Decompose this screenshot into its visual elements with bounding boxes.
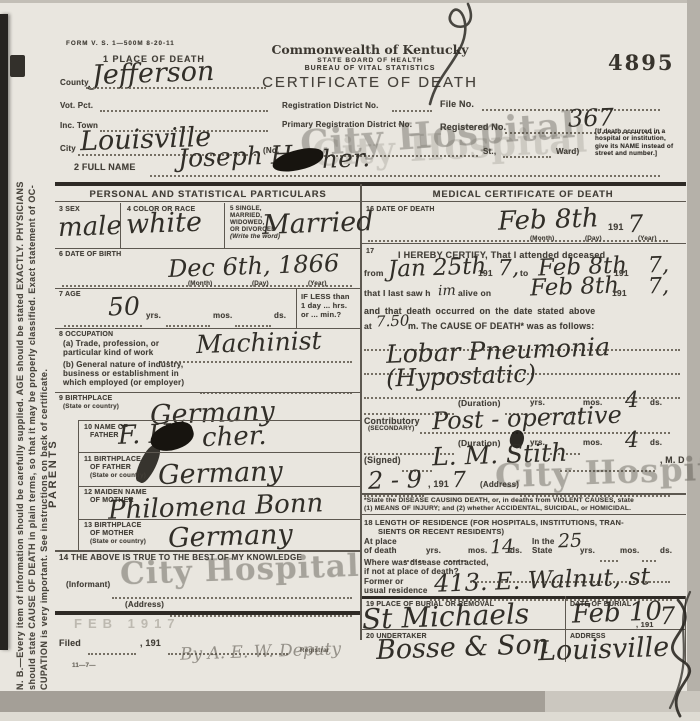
certify-year-printed-1: 191 <box>478 268 493 278</box>
form-code: FORM V. S. 1—500M 8-20-11 <box>66 40 175 48</box>
alive-year: 7, <box>648 274 670 300</box>
undertaker-value: Bosse & Son <box>376 629 550 666</box>
dob-year-label: (Year) <box>308 280 327 287</box>
residence-label-2: SIENTS OR RECENT RESIDENTS) <box>378 527 504 536</box>
mother-bp-sub: (State or country) <box>90 538 146 545</box>
father-bp-sub: (State or country) <box>90 472 146 479</box>
left-bottom-rule <box>55 611 360 615</box>
margin-instruction-line-3: CUPATION is very important. See instruct… <box>40 369 49 690</box>
occupation-b-line3: which employed (or employer) <box>63 378 184 388</box>
dod-day-label: (Day) <box>585 235 602 242</box>
in-state-label-2: State <box>532 546 553 556</box>
residence-mos: mos. <box>468 546 487 556</box>
informant-leader <box>112 588 352 599</box>
vot-pct-label: Vot. Pct. <box>60 101 93 111</box>
if-less-line2: 1 day ... hrs. <box>301 301 347 310</box>
hospital-note: [If death occurred in a hospital or inst… <box>595 128 687 158</box>
city-label: City <box>60 144 76 154</box>
age-ifless-divider <box>296 288 297 328</box>
alive-on-value: Feb 8th <box>530 272 620 301</box>
last-saw-him: im <box>438 283 456 300</box>
hospital-note-line4: street and number.] <box>595 150 657 157</box>
certify-number: 17 <box>366 248 374 256</box>
marital-value: Married <box>261 206 373 241</box>
scan-corner-mark <box>10 55 25 77</box>
marital-label-3: WIDOWED, <box>230 219 265 226</box>
occupation-row-underline <box>55 392 360 393</box>
duration1-ds: ds. <box>650 398 662 408</box>
last-saw-text-a: that I last saw h <box>364 288 431 298</box>
dob-row-underline <box>55 288 360 289</box>
date-of-death-label: 16 DATE OF DEATH <box>366 206 435 214</box>
occupation-a-line2: particular kind of work <box>63 348 153 358</box>
certify-from-label: from <box>364 268 384 278</box>
informant-label: (Informant) <box>66 580 110 590</box>
medical-section-title: MEDICAL CERTIFICATE OF DEATH <box>365 189 681 200</box>
mother-row-topline <box>78 486 360 487</box>
footnote-line-2: (1) MEANS OF INJURY; and (2) whether ACC… <box>364 505 631 513</box>
footnote-line-1: *State the DISEASE CAUSING DEATH, or, in… <box>364 497 634 505</box>
certify-to-label: to <box>520 268 528 278</box>
certify-from-value: Jan 25th <box>388 253 487 282</box>
state-mos: mos. <box>620 546 639 556</box>
secondary-label: (SECONDARY) <box>368 425 414 432</box>
mother-bp-value: Germany <box>167 519 293 554</box>
duration2-ds: ds. <box>650 438 662 448</box>
scan-edge-bottom <box>0 691 545 712</box>
sex-color-divider <box>120 203 121 248</box>
residence-yrs: yrs. <box>426 546 441 556</box>
certify-year-printed-3: 191 <box>612 288 627 298</box>
marital-label-2: MARRIED, <box>230 212 262 219</box>
sign-year-hw: 7 <box>452 468 467 493</box>
certify-from-year: 7, <box>498 256 520 282</box>
at-label: at <box>364 321 372 331</box>
registration-district-label: Registration District No. <box>282 101 379 111</box>
sex-value: male <box>57 211 122 243</box>
age-ds-label: ds. <box>274 311 286 321</box>
cause-lead-line: m. The CAUSE OF DEATH* was as follows: <box>408 321 594 332</box>
full-name-label: 2 FULL NAME <box>74 162 136 173</box>
age-label: 7 AGE <box>59 291 81 299</box>
scan-edge-left <box>0 14 8 650</box>
father-name-right: cher. <box>201 421 267 453</box>
mother-bp-topline <box>78 519 360 520</box>
footnote-underline <box>362 514 686 515</box>
filed-year-label: , 191 <box>140 638 161 649</box>
registrar-signature: By A. E. W. Deputy <box>180 639 342 665</box>
certificate-number: 4895 <box>608 50 674 75</box>
age-mos-label: mos. <box>213 311 232 321</box>
residence-leader-4 <box>642 551 656 562</box>
state-yrs-value: 25 <box>558 530 583 553</box>
residence-ds: ds. <box>510 546 522 556</box>
form-footnote-code: 11—7— <box>72 662 96 669</box>
vot-pct-leader <box>100 101 268 112</box>
scan-edge-bottom-strip <box>0 712 700 721</box>
filed-label: Filed <box>59 638 81 649</box>
if-less-block: IF LESS than 1 day ... hrs. or ... min.? <box>301 292 350 319</box>
scan-edge-top <box>0 0 700 3</box>
column-divider <box>360 184 362 640</box>
dod-year-label: (Year) <box>638 235 657 242</box>
received-stamp: FEB 1917 <box>74 616 181 631</box>
pen-scribble-top <box>400 0 520 110</box>
duration1-ds-value: 4 <box>625 388 640 413</box>
duration2-ds-value: 4 <box>625 428 640 453</box>
birthplace-sub-label: (State or country) <box>63 403 119 410</box>
state-yrs: yrs. <box>580 546 595 556</box>
dob-month-label: (Month) <box>188 280 212 287</box>
hospital-note-line2: hospital or institution, <box>595 135 666 142</box>
footnote-topline <box>362 493 686 495</box>
date-of-death-leader <box>368 231 668 242</box>
margin-instruction-line-1: N. B.—Every item of information should b… <box>16 181 25 690</box>
full-name-leader <box>150 166 660 177</box>
header-divider-rule <box>55 182 686 186</box>
last-saw-text-b: alive on <box>458 288 491 298</box>
dod-row-underline <box>362 243 686 244</box>
margin-instruction-line-2: should state CAUSE OF DEATH in plain ter… <box>28 185 37 690</box>
father-bp-topline <box>78 452 360 453</box>
sign-year-printed: , 191 <box>428 479 449 490</box>
color-value: white <box>125 207 202 241</box>
hospital-note-line3: give its NAME instead of <box>595 143 673 150</box>
former-label-2: usual residence <box>364 586 427 596</box>
hospital-note-line1: [If death occurred in a <box>595 128 665 135</box>
pen-flourish-bottom-right <box>620 590 700 721</box>
death-certificate-scan: N. B.—Every item of information should b… <box>0 0 700 721</box>
at-place-label-2: of death <box>364 546 397 556</box>
banner-underline <box>55 201 686 202</box>
county-label: County <box>60 78 89 88</box>
parents-side-label: PARENTS <box>47 439 59 508</box>
physician-address-leader <box>520 486 670 497</box>
father-name-label-2: FATHER <box>90 432 119 440</box>
dob-day-label: (Day) <box>252 280 269 287</box>
informant-address-label: (Address) <box>125 600 164 610</box>
age-leader-2 <box>166 316 210 327</box>
age-leader-1 <box>64 316 142 327</box>
age-yrs-label: yrs. <box>146 311 161 321</box>
residence-label-1: 18 LENGTH OF RESIDENCE (FOR HOSPITALS, I… <box>364 518 624 527</box>
city-hospital-stamp-informant: City Hospital <box>119 548 360 592</box>
color-marital-divider <box>224 203 225 248</box>
dob-label: 6 DATE OF BIRTH <box>59 251 121 259</box>
residence-leader-3 <box>600 551 618 562</box>
if-less-line3: or ... min.? <box>301 310 341 319</box>
state-ds: ds. <box>660 546 672 556</box>
if-less-line1: IF LESS than <box>301 292 350 301</box>
age-leader-3 <box>235 316 271 327</box>
filed-leader-1 <box>88 644 136 655</box>
county-leader <box>86 78 266 89</box>
dod-month-label: (Month) <box>530 235 554 242</box>
occupation-leader-a <box>160 352 352 363</box>
marital-label-1: 5 SINGLE, <box>230 205 262 212</box>
sign-date-leader <box>364 486 424 497</box>
duration2-mos: mos. <box>583 438 602 448</box>
time-of-death-value: 7.50 <box>376 311 410 330</box>
signed-label: (Signed) <box>364 455 401 466</box>
personal-section-title: PERSONAL AND STATISTICAL PARTICULARS <box>60 189 356 200</box>
